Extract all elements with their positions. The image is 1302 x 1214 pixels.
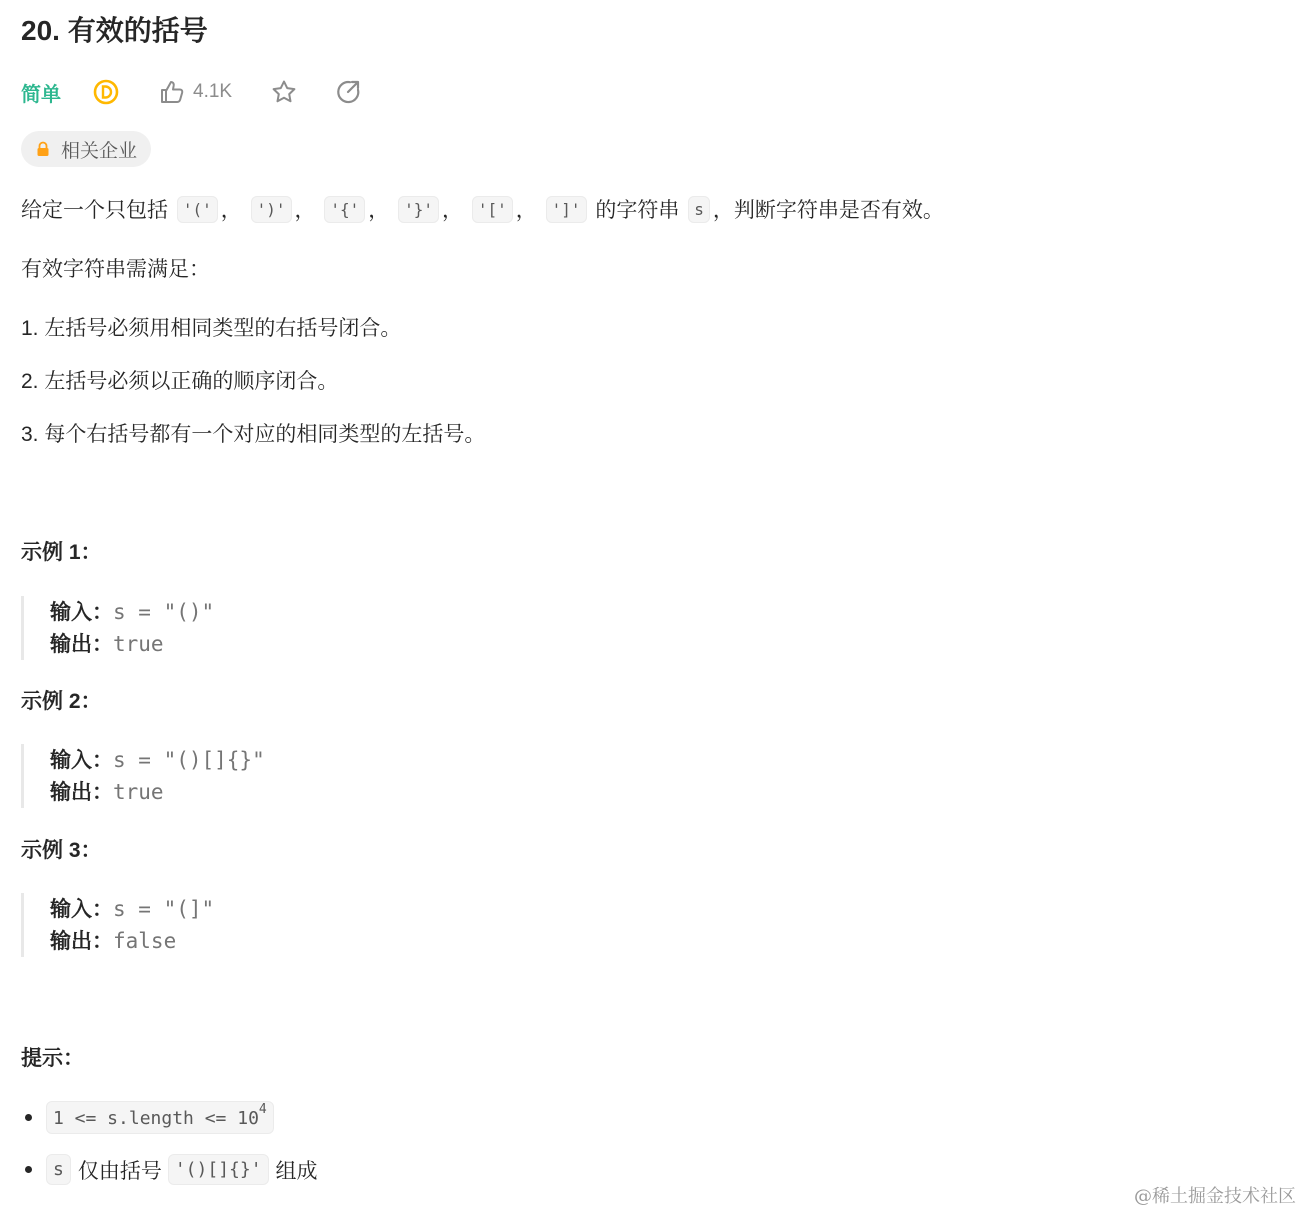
rule-item: 2. 左括号必须以正确的顺序闭合。 (21, 367, 338, 397)
char-code: '[' (472, 196, 513, 223)
separator: ， (442, 199, 463, 222)
related-companies-tag[interactable]: 相关企业 (21, 131, 151, 167)
output-label: 输出： (50, 633, 113, 656)
bullet-dot (25, 1114, 32, 1121)
thumbs-up-icon (159, 79, 185, 105)
separator: ， (221, 199, 242, 222)
problem-title: 20. 有效的括号 (21, 12, 208, 50)
intro-mid: 的字符串 (595, 199, 679, 222)
valid-heading: 有效字符串需满足： (21, 255, 210, 285)
constraint-code: 1 <= s.length <= 104 (46, 1101, 274, 1134)
constraint-text: 1 <= s.length <= 10 (53, 1108, 259, 1129)
input-value: s = "()[]{}" (113, 748, 265, 772)
output-value: true (113, 780, 164, 804)
hint-item: s 仅由括号 '()[]{}' 组成 (21, 1154, 318, 1185)
output-value: false (113, 929, 176, 953)
difficulty-badge: 简单 (21, 78, 61, 107)
lock-icon (35, 141, 51, 157)
favorite-button[interactable] (270, 78, 298, 106)
example-title: 示例 1： (21, 538, 102, 568)
intro-prefix: 给定一个只包括 (21, 199, 168, 222)
input-value: s = "(]" (113, 897, 214, 921)
separator: ， (516, 199, 537, 222)
share-icon (335, 79, 361, 105)
problem-meta-row: 简单 4.1K (21, 74, 398, 110)
char-code: '(' (177, 196, 218, 223)
hints-title: 提示： (21, 1044, 84, 1074)
compose-code: '()[]{}' (168, 1154, 269, 1185)
char-code: ')' (251, 196, 292, 223)
char-code: ']' (546, 196, 587, 223)
compose-suffix: 组成 (276, 1155, 318, 1185)
rule-item: 1. 左括号必须用相同类型的右括号闭合。 (21, 314, 401, 344)
intro-suffix: ，判断字符串是否有效。 (713, 199, 944, 222)
like-button[interactable]: 4.1K (159, 79, 232, 105)
example-input: 输入：s = "(]" (50, 893, 650, 925)
separator: ， (368, 199, 389, 222)
var-s-code: s (46, 1154, 71, 1185)
bullet-dot (25, 1166, 32, 1173)
input-label: 输入： (50, 601, 113, 624)
related-companies-label: 相关企业 (61, 136, 137, 163)
output-value: true (113, 632, 164, 656)
output-label: 输出： (50, 781, 113, 804)
example-title: 示例 2： (21, 687, 102, 717)
problem-intro: 给定一个只包括 '('， ')'， '{'， '}'， '['， ']' 的字符… (21, 196, 944, 227)
example-block: 输入：s = "(]" 输出：false (21, 893, 650, 957)
constraint-exponent: 4 (259, 1102, 267, 1117)
example-title: 示例 3： (21, 836, 102, 866)
example-block: 输入：s = "()" 输出：true (21, 596, 650, 660)
watermark: @稀土掘金技术社区 (1134, 1182, 1296, 1208)
share-button[interactable] (334, 78, 362, 106)
char-code: '}' (398, 196, 439, 223)
hint-item: 1 <= s.length <= 104 (21, 1101, 277, 1134)
like-count: 4.1K (193, 81, 232, 103)
coin-icon[interactable] (93, 79, 119, 105)
compose-prefix: 仅由括号 (78, 1155, 162, 1185)
input-label: 输入： (50, 749, 113, 772)
char-code: '{' (324, 196, 365, 223)
example-input: 输入：s = "()[]{}" (50, 744, 650, 776)
example-block: 输入：s = "()[]{}" 输出：true (21, 744, 650, 808)
star-icon (271, 79, 297, 105)
example-output: 输出：false (50, 925, 650, 957)
rule-item: 3. 每个右括号都有一个对应的相同类型的左括号。 (21, 420, 485, 450)
output-label: 输出： (50, 930, 113, 953)
example-input: 输入：s = "()" (50, 596, 650, 628)
input-label: 输入： (50, 898, 113, 921)
input-value: s = "()" (113, 600, 214, 624)
example-output: 输出：true (50, 776, 650, 808)
var-s-code: s (688, 196, 710, 223)
example-output: 输出：true (50, 628, 650, 660)
separator: ， (295, 199, 316, 222)
